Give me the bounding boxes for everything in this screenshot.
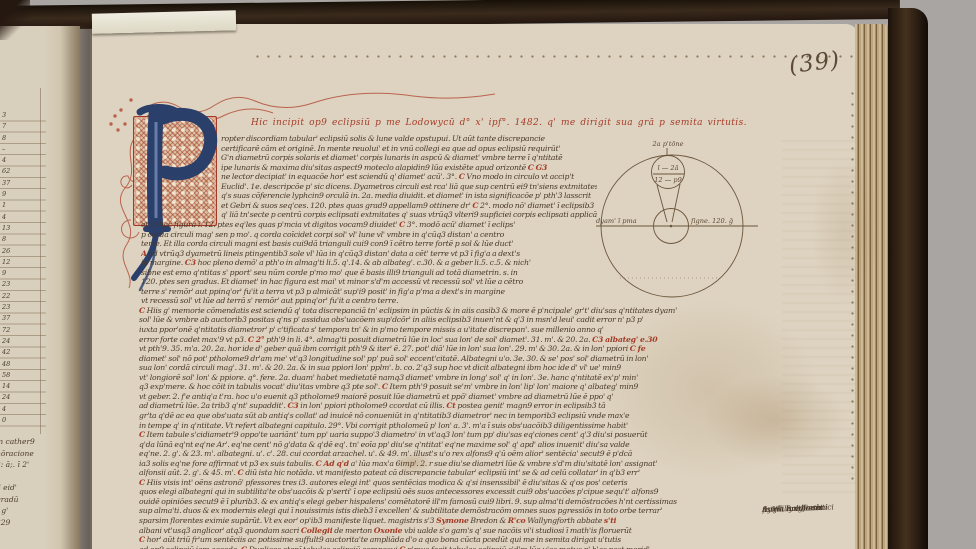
fore-edge-pages [855,24,892,549]
initial-letter-p [120,92,250,302]
diagram-label-top: 2a p'tōne [651,140,683,148]
binding-corner [0,0,30,40]
diagram-label-right: ſigne. 120. ḡ [690,217,733,225]
facing-page-text-fragment: 6 eid' gradū I g' 229 [0,482,19,528]
bookmark-tab [92,10,236,34]
eclipse-diagram: 2a p'tōne ī — 2ā 12 — p9 dyam' ī pma ſig… [560,128,820,308]
book-board-right [888,8,928,549]
pricking-dots-top [256,55,856,59]
diagram-label-inner-top: ī — 2ā [657,164,678,172]
shadow-cone [657,185,667,222]
facing-page-numbers: 3 7 8 – 4 62 37 9 1 4 13 8 26 12 9 23 22… [2,110,10,426]
facing-page-text-fragment: m cather9 nōracione 2: ā;. ī 2' [0,436,35,471]
facing-page-rule-line [40,88,41,434]
margin-note-line: astrōi mathematici [762,501,834,515]
diagram-label-left: dyam' ī pma [596,217,637,225]
show-through-text [782,140,856,500]
diagram-label-inner-bottom: 12 — p9 [654,176,682,184]
shadow-cone [672,184,680,222]
manuscript-photo: 3 7 8 – 4 62 37 9 1 4 13 8 26 12 9 23 22… [0,0,976,549]
